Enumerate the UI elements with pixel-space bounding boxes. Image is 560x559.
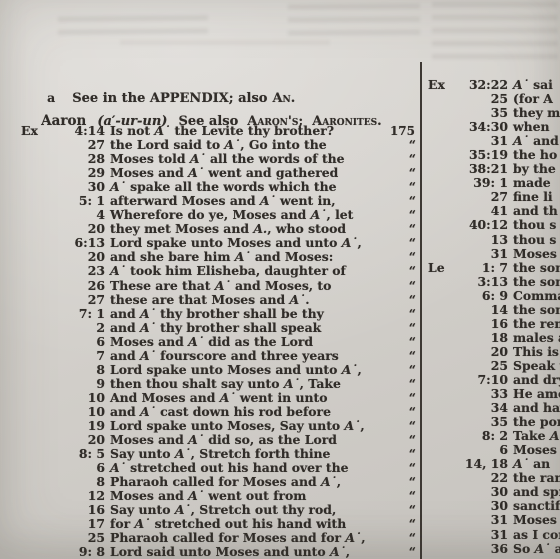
ditto-mark: “ [379,180,418,194]
chapter-verse-ref: 4:14 [54,124,105,138]
chapter-verse-ref: 17 [54,517,105,531]
entry-row: 30 and spri [426,485,560,499]
chapter-verse-ref: 7:10 [458,373,508,387]
chapter-verse-ref: 7 [54,349,105,363]
entry-text: afterward Moses and A˙ went in, [105,194,379,208]
chapter-verse-ref: 14, 18 [458,457,508,471]
entry-text: the rem [508,317,560,331]
chapter-verse-ref: 6 [458,443,508,457]
entry-row: 19 Lord spake unto Moses, Say unto A˙, “ [14,419,418,433]
entry-text: made [508,176,560,190]
entry-text: Moses [508,247,560,261]
chapter-verse-ref: 34 [458,401,508,415]
entry-text: A˙ and [508,134,560,148]
book-abbrev: Ex [426,78,458,92]
entry-text: A˙ stretched out his hand over the [105,461,379,475]
chapter-verse-ref: 6 [54,461,105,475]
entry-row: Le 1: 7 the son [426,261,560,275]
chapter-verse-ref: 40:12 [458,218,508,232]
entry-text: Moses and A˙ did so, as the Lord [105,433,379,447]
ditto-mark: “ [379,335,418,349]
chapter-verse-ref: 5: 1 [54,194,105,208]
ditto-mark: “ [379,531,418,545]
chapter-verse-ref: 26 [54,279,105,293]
entry-text: Say unto A˙, Stretch forth thine [105,447,379,461]
chapter-verse-ref: 30 [458,499,508,513]
entry-text: This is [508,345,560,359]
entry-text: Moses b [508,443,560,457]
chapter-verse-ref: 16 [458,317,508,331]
entry-row: 8 Lord spake unto Moses and unto A˙, “ [14,363,418,377]
entry-text: by the [508,162,560,176]
entry-text: they m [508,106,560,120]
entry-text: Pharaoh called for Moses and A˙, [105,475,379,489]
ditto-mark: “ [379,222,418,236]
entry-text: and dry [508,373,560,387]
entry-row: 34:30 when [426,120,560,134]
ditto-mark: “ [379,545,418,559]
left-column: aSee in the APPENDIX; alsoAn. Aaron(a′-u… [14,74,418,559]
entry-row: 20 This is [426,345,560,359]
chapter-verse-ref: 20 [54,222,105,236]
entry-row: 8 Pharaoh called for Moses and A˙, “ [14,475,418,489]
bleedthrough-smudge [288,4,420,39]
entry-row: 27 the Lord said to A˙, Go into the “ [14,138,418,152]
chapter-verse-ref: 6 [54,335,105,349]
entry-row: 3:13 the son [426,275,560,289]
entry-text: the Lord said to A˙, Go into the [105,138,379,152]
chapter-verse-ref: 9: 8 [54,545,105,559]
ditto-mark: “ [379,517,418,531]
chapter-verse-ref: 25 [458,359,508,373]
entry-text: and she bare him A˙ and Moses: [105,250,379,264]
entry-text: Lord spake unto Moses, Say unto A˙, [105,419,379,433]
entry-row: 20 Moses and A˙ did so, as the Lord “ [14,433,418,447]
entry-text: So A˙ and [508,542,560,556]
chapter-verse-ref: 35:19 [458,148,508,162]
right-entry-list: Ex 32:22 A˙ sai 25 (for A 35 they m 34:3… [426,78,560,556]
entry-text: Moses and A˙ went out from [105,489,379,503]
bleedthrough-smudge [58,15,208,41]
ditto-mark: “ [379,475,418,489]
entry-text: Say unto A˙, Stretch out thy rod, [105,503,379,517]
entry-text: Pharaoh called for Moses and for A˙, [105,531,379,545]
entry-text: and A˙ thy brother shall be thy [105,307,379,321]
entry-text: the port [508,415,560,429]
entry-text: thou s [508,233,560,247]
crossref-line: aSee in the APPENDIX; alsoAn. [14,74,418,99]
chapter-verse-ref: 18 [458,331,508,345]
entry-row: 31 as I com [426,528,560,542]
chapter-verse-ref: 35 [458,415,508,429]
entry-text: and hav [508,401,560,415]
ditto-mark: “ [379,138,418,152]
ditto-mark: “ [379,377,418,391]
entry-text: the ho [508,148,560,162]
entry-row: 22 the ram [426,471,560,485]
chapter-verse-ref: 27 [54,138,105,152]
entry-row: 25 (for A [426,92,560,106]
entry-text: they met Moses and A., who stood [105,222,379,236]
entry-row: 10 And Moses and A˙ went in unto “ [14,391,418,405]
entry-text: He amo [508,387,560,401]
chapter-verse-ref: 35 [458,106,508,120]
entry-row: 6 Moses b [426,443,560,457]
entry-text: And Moses and A˙ went in unto [105,391,379,405]
entry-row: 26 These are that A˙ and Moses, to “ [14,279,418,293]
entry-row: 31 Moses sa [426,513,560,527]
book-abbrev: Le [426,261,458,275]
chapter-verse-ref: 20 [458,345,508,359]
book-abbrev: Ex [14,124,54,138]
chapter-verse-ref: 9 [54,377,105,391]
chapter-verse-ref: 16 [54,503,105,517]
entry-row: 39: 1 made [426,176,560,190]
entry-text: sanctifie [508,499,560,513]
entry-row: 5: 1 afterward Moses and A˙ went in, “ [14,194,418,208]
entry-text: the son [508,303,560,317]
entry-text: and A˙ fourscore and three years [105,349,379,363]
chapter-verse-ref: 30 [458,485,508,499]
entry-row: 30 sanctifie [426,499,560,513]
ditto-mark: “ [379,279,418,293]
chapter-verse-ref: 31 [458,528,508,542]
frequency-number: 175 [379,124,418,138]
column-divider-rule [420,62,422,559]
entry-row: 9: 8 Lord said unto Moses and unto A˙, “ [14,545,418,559]
chapter-verse-ref: 32:22 [458,78,508,92]
entry-row: 35:19 the ho [426,148,560,162]
left-entry-list: Ex 4:14 Is not A˙ the Levite thy brother… [14,124,418,559]
entry-text: A˙ sai [508,78,560,92]
chapter-verse-ref: 14 [458,303,508,317]
entry-row: 14 the son [426,303,560,317]
entry-row: 8: 5 Say unto A˙, Stretch forth thine “ [14,447,418,461]
entry-text: and A˙ thy brother shall speak [105,321,379,335]
entry-text: the son [508,261,560,275]
ditto-mark: “ [379,321,418,335]
entry-row: 6:13 Lord spake unto Moses and unto A˙, … [14,236,418,250]
chapter-verse-ref: 1: 7 [458,261,508,275]
ditto-mark: “ [379,307,418,321]
ditto-mark: “ [379,152,418,166]
entry-row: 16 the rem [426,317,560,331]
entry-row: 4 Wherefore do ye, Moses and A˙, let “ [14,208,418,222]
ditto-mark: “ [379,264,418,278]
crossref-text: See in the APPENDIX; also [72,91,267,106]
chapter-verse-ref: 25 [458,92,508,106]
ditto-mark: “ [379,433,418,447]
ditto-mark: “ [379,166,418,180]
chapter-verse-ref: 27 [54,293,105,307]
ditto-mark: “ [379,363,418,377]
chapter-verse-ref: 34:30 [458,120,508,134]
chapter-verse-ref: 7: 1 [54,307,105,321]
entry-text: as I com [508,528,560,542]
entry-row: 28 Moses told A˙ all the words of the “ [14,152,418,166]
entry-row: 31 A˙ and [426,134,560,148]
ditto-mark: “ [379,208,418,222]
ditto-mark: “ [379,349,418,363]
entry-text: then thou shalt say unto A˙, Take [105,377,379,391]
entry-text: Wherefore do ye, Moses and A˙, let [105,208,379,222]
entry-row: 13 thou s [426,233,560,247]
entry-row: Ex 4:14 Is not A˙ the Levite thy brother… [14,124,418,138]
entry-row: 7 and A˙ fourscore and three years “ [14,349,418,363]
entry-row: 38:21 by the [426,162,560,176]
entry-text: Comma [508,289,560,303]
entry-row: 6: 9 Comma [426,289,560,303]
entry-row: 20 they met Moses and A., who stood “ [14,222,418,236]
ditto-mark: “ [379,461,418,475]
chapter-verse-ref: 12 [54,489,105,503]
ditto-mark: “ [379,236,418,250]
entry-row: 18 males a [426,331,560,345]
chapter-verse-ref: 19 [54,419,105,433]
chapter-verse-ref: 23 [54,264,105,278]
entry-text: and spri [508,485,560,499]
entry-text: Moses sa [508,513,560,527]
entry-row: 35 the port [426,415,560,429]
chapter-verse-ref: 31 [458,513,508,527]
entry-text: thou s [508,218,560,232]
entry-row: 6 Moses and A˙ did as the Lord “ [14,335,418,349]
bleedthrough-smudge [432,2,558,64]
entry-text: Lord spake unto Moses and unto A˙, [105,236,379,250]
entry-row: 9 then thou shalt say unto A˙, Take “ [14,377,418,391]
chapter-verse-ref: 2 [54,321,105,335]
entry-row: 27 fine li [426,190,560,204]
entry-text: the ram [508,471,560,485]
chapter-verse-ref: 38:21 [458,162,508,176]
ditto-mark: “ [379,194,418,208]
chapter-verse-ref: 20 [54,433,105,447]
chapter-verse-ref: 8 [54,475,105,489]
entry-row: 14, 18 A˙ an [426,457,560,471]
chapter-verse-ref: 4 [54,208,105,222]
chapter-verse-ref: 30 [54,180,105,194]
entry-text: Moses told A˙ all the words of the [105,152,379,166]
concordance-page: aSee in the APPENDIX; alsoAn. Aaron(a′-u… [0,0,560,559]
entry-text: these are that Moses and A˙. [105,293,379,307]
entry-row: 20 and she bare him A˙ and Moses: “ [14,250,418,264]
entry-row: 7: 1 and A˙ thy brother shall be thy “ [14,307,418,321]
ditto-mark: “ [379,250,418,264]
entry-text: when [508,120,560,134]
entry-row: 12 Moses and A˙ went out from “ [14,489,418,503]
chapter-verse-ref: 36 [458,542,508,556]
chapter-verse-ref: 3:13 [458,275,508,289]
entry-text: A˙ took him Elisheba, daughter of [105,264,379,278]
entry-row: 25 Pharaoh called for Moses and for A˙, … [14,531,418,545]
chapter-verse-ref: 20 [54,250,105,264]
chapter-verse-ref: 13 [458,233,508,247]
entry-row: 34 and hav [426,401,560,415]
entry-row: 40:12 thou s [426,218,560,232]
chapter-verse-ref: 8 [54,363,105,377]
entry-row: 16 Say unto A˙, Stretch out thy rod, “ [14,503,418,517]
entry-row: 35 they m [426,106,560,120]
entry-text: and A˙ cast down his rod before [105,405,379,419]
chapter-verse-ref: 6:13 [54,236,105,250]
ditto-mark: “ [379,391,418,405]
entry-text: Moses and A˙ did as the Lord [105,335,379,349]
entry-text: Moses and A˙ went and gathered [105,166,379,180]
entry-row: 41 and th [426,204,560,218]
entry-row: 7:10 and dry [426,373,560,387]
entry-text: fine li [508,190,560,204]
ditto-mark: “ [379,293,418,307]
entry-text: A˙ spake all the words which the [105,180,379,194]
entry-text: Take A˙ [508,429,560,443]
entry-text: Lord spake unto Moses and unto A˙, [105,363,379,377]
entry-row: 33 He amo [426,387,560,401]
chapter-verse-ref: 27 [458,190,508,204]
entry-row: 36 So A˙ and [426,542,560,556]
chapter-verse-ref: 29 [54,166,105,180]
chapter-verse-ref: 8: 5 [54,447,105,461]
chapter-verse-ref: 22 [458,471,508,485]
entry-text: Speak u [508,359,560,373]
entry-row: 30 A˙ spake all the words which the “ [14,180,418,194]
entry-text: the son [508,275,560,289]
entry-text: These are that A˙ and Moses, to [105,279,379,293]
chapter-verse-ref: 6: 9 [458,289,508,303]
entry-row: 31 Moses [426,247,560,261]
chapter-verse-ref: 41 [458,204,508,218]
ditto-mark: “ [379,405,418,419]
ditto-mark: “ [379,447,418,461]
chapter-verse-ref: 39: 1 [458,176,508,190]
headword-a: a [47,90,55,105]
entry-row: 6 A˙ stretched out his hand over the “ [14,461,418,475]
chapter-verse-ref: 10 [54,405,105,419]
ditto-mark: “ [379,419,418,433]
bleedthrough-smudge [120,40,330,52]
entry-row: 17 for A˙ stretched out his hand with “ [14,517,418,531]
ditto-mark: “ [379,503,418,517]
ditto-mark: “ [379,489,418,503]
entry-text: A˙ an [508,457,560,471]
entry-row: 29 Moses and A˙ went and gathered “ [14,166,418,180]
entry-text: Lord said unto Moses and unto A˙, [105,545,379,559]
entry-text: for A˙ stretched out his hand with [105,517,379,531]
chapter-verse-ref: 28 [54,152,105,166]
entry-row: 23 A˙ took him Elisheba, daughter of “ [14,264,418,278]
entry-text: (for A [508,92,560,106]
crossref-target: An. [272,91,295,106]
entry-text: and th [508,204,560,218]
entry-row: 10 and A˙ cast down his rod before “ [14,405,418,419]
chapter-verse-ref: 25 [54,531,105,545]
entry-text: Is not A˙ the Levite thy brother? [105,124,379,138]
chapter-verse-ref: 10 [54,391,105,405]
entry-row: 2 and A˙ thy brother shall speak “ [14,321,418,335]
chapter-verse-ref: 31 [458,134,508,148]
chapter-verse-ref: 33 [458,387,508,401]
entry-text: males a [508,331,560,345]
entry-row: 25 Speak u [426,359,560,373]
entry-row: 27 these are that Moses and A˙. “ [14,293,418,307]
entry-row: 8: 2 Take A˙ [426,429,560,443]
chapter-verse-ref: 31 [458,247,508,261]
chapter-verse-ref: 8: 2 [458,429,508,443]
entry-row: Ex 32:22 A˙ sai [426,78,560,92]
